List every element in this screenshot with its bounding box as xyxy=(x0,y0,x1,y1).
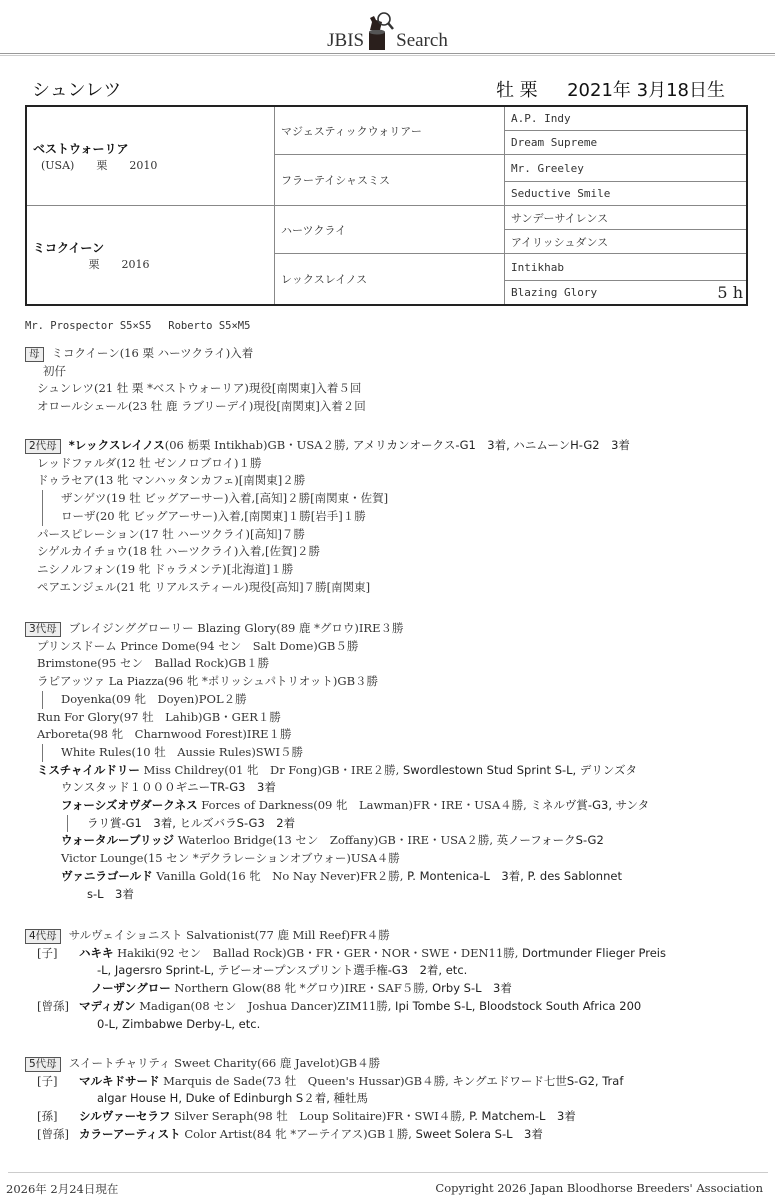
sire-cell: ベストウォーリア (USA) 栗 2010 xyxy=(26,106,275,206)
pedigree-table: ベストウォーリア (USA) 栗 2010 マジェスティックウォリアー A.P.… xyxy=(25,105,748,306)
offspring-entry[interactable]: レッドファルダ(12 牡 ゼンノロブロイ)１勝 xyxy=(25,455,755,473)
grand-offspring-entry-waterloo: ウォータルーブリッジ Waterloo Bridge(13 セン Zoffany… xyxy=(25,832,755,850)
relation-label: [子] xyxy=(25,1073,79,1091)
great-grandparent[interactable]: アイリッシュダンス xyxy=(505,230,748,254)
grand-offspring-entry[interactable]: ローザ(20 牝 ビッグアーサー)入着,[南関東]１勝[岩手]１勝 xyxy=(25,508,755,526)
second-dam-record: (06 栃栗 Intikhab)GB・USA２勝, xyxy=(165,438,349,452)
section-fifth-dam: 5代母スイートチャリティ Sweet Charity(66 鹿 Javelot)… xyxy=(25,1055,755,1144)
horse-stakes: Ipi Tombe S-L, Bloodstock South Africa 2… xyxy=(391,999,641,1013)
horse-record: Hakiki(92 セン Ballad Rock)GB・FR・GER・NOR・S… xyxy=(114,946,519,960)
grand-offspring-entry[interactable]: Doyenka(09 牝 Doyen)POL２勝 xyxy=(25,691,755,709)
fifth-dam-entry[interactable]: スイートチャリティ Sweet Charity(66 鹿 Javelot)GB４… xyxy=(69,1056,380,1070)
relation-label: [子] xyxy=(25,945,79,963)
third-dam-entry[interactable]: ブレイジンググローリー Blazing Glory(89 鹿 *グロウ)IRE３… xyxy=(69,621,404,635)
logo-text-left: JBIS xyxy=(327,30,364,52)
continuation-line: ラリ賞-G1 3着, ヒルズバラS-G3 2着 xyxy=(25,815,755,833)
horse-record: Northern Glow(88 牝 *グロウ)IRE・SAF５勝, xyxy=(171,981,429,995)
fourth-dam-entry[interactable]: サルヴェイショニスト Salvationist(77 鹿 Mill Reef)F… xyxy=(69,928,390,942)
sire-name[interactable]: ベストウォーリア xyxy=(33,140,268,157)
relation-label: [曾孫] xyxy=(25,998,79,1016)
horse-name-bold[interactable]: マルキドサード xyxy=(79,1074,160,1088)
family-number: 5 h xyxy=(717,283,743,302)
horse-name-bold[interactable]: シルヴァーセラフ xyxy=(79,1109,170,1123)
horse-name-bold[interactable]: ノーザングロー xyxy=(91,981,171,995)
horse-name-bold[interactable]: ハキキ xyxy=(79,946,114,960)
horse-magnifier-icon xyxy=(366,10,394,52)
grand-offspring-entry-vanilla: ヴァニラゴールド Vanilla Gold(16 牝 No Nay Never)… xyxy=(25,868,755,886)
horse-record: Miss Childrey(01 牝 Dr Fong)GB・IRE２勝, xyxy=(140,763,399,777)
offspring-entry[interactable]: ペアエンジェル(21 牝 リアルスティール)現役[高知]７勝[南関東] xyxy=(25,579,755,597)
offspring-entry[interactable]: プリンスドーム Prince Dome(94 セン Salt Dome)GB５勝 xyxy=(25,638,755,656)
relation-label: [曾孫] xyxy=(25,1126,79,1144)
inbreeding-cross: Mr. Prospector S5×S5 Roberto S5×M5 xyxy=(25,318,250,333)
offspring-entry[interactable]: シュンレツ(21 牡 栗 *ベストウォーリア)現役[南関東]入着５回 xyxy=(25,380,755,398)
offspring-entry[interactable]: ドゥラセア(13 牝 マンハッタンカフェ)[南関東]２勝 xyxy=(25,472,755,490)
generation-badge: 2代母 xyxy=(25,439,61,454)
horse-sex-color-birthdate: 牡 栗 2021年 3月18日生 xyxy=(496,76,725,102)
horse-record: Waterloo Bridge(13 セン Zoffany)GB・IRE・USA… xyxy=(174,833,493,847)
horse-name-bold[interactable]: ウォータルーブリッジ xyxy=(61,833,174,847)
generation-badge: 5代母 xyxy=(25,1057,61,1072)
dam-details: 栗 2016 xyxy=(33,256,268,272)
horse-header: シュンレツ 牡 栗 2021年 3月18日生 xyxy=(32,76,725,102)
horse-record: Forces of Darkness(09 牝 Lawman)FR・IRE・US… xyxy=(198,798,527,812)
sire-dam[interactable]: フラーテイシャスミス xyxy=(275,155,505,206)
horse-stakes: キングエドワード七世S-G2, Traf xyxy=(449,1074,624,1088)
horse-stakes: P. Matchem-L 3着 xyxy=(465,1109,575,1123)
great-grandparent[interactable]: Seductive Smile xyxy=(505,182,748,206)
generation-badge: 4代母 xyxy=(25,929,61,944)
copyright: Copyright 2026 Japan Bloodhorse Breeders… xyxy=(435,1181,763,1195)
horse-name-bold[interactable]: ヴァニラゴールド xyxy=(61,869,153,883)
horse-record: Marquis de Sade(73 牡 Queen's Hussar)GB４勝… xyxy=(160,1074,449,1088)
offspring-entry[interactable]: Brimstone(95 セン Ballad Rock)GB１勝 xyxy=(25,655,755,673)
offspring-entry[interactable]: オロールシェール(23 牡 鹿 ラブリーデイ)現役[南関東]入着２回 xyxy=(25,398,755,416)
horse-name: シュンレツ xyxy=(32,76,121,102)
horse-record: Vanilla Gold(16 牝 No Nay Never)FR２勝, xyxy=(153,869,404,883)
horse-stakes: P. Montenica-L 3着, P. des Sablonnet xyxy=(403,869,622,883)
dam-sire[interactable]: ハーツクライ xyxy=(275,206,505,254)
horse-name-bold[interactable]: マディガン xyxy=(79,999,136,1013)
generation-badge: 母 xyxy=(25,347,44,362)
generation-badge: 3代母 xyxy=(25,622,61,637)
continuation-line: s-L 3着 xyxy=(25,886,755,904)
great-grandparent[interactable]: Blazing Glory xyxy=(511,286,597,299)
horse-name-bold[interactable]: フォーシズオヴダークネス xyxy=(61,798,198,812)
logo-text-right: Search xyxy=(396,30,448,52)
offspring-entry[interactable]: Run For Glory(97 牡 Lahib)GB・GER１勝 xyxy=(25,709,755,727)
section-fourth-dam: 4代母サルヴェイショニスト Salvationist(77 鹿 Mill Ree… xyxy=(25,927,755,1033)
grand-offspring-entry[interactable]: White Rules(10 牡 Aussie Rules)SWI５勝 xyxy=(25,744,755,762)
great-grandparent[interactable]: A.P. Indy xyxy=(505,106,748,131)
horse-stakes: 英ノーフォークS-G2 xyxy=(493,833,604,847)
relation-label: [孫] xyxy=(25,1108,79,1126)
footer-divider xyxy=(8,1172,768,1173)
offspring-entry[interactable]: Arboreta(98 牝 Charnwood Forest)IRE１勝 xyxy=(25,726,755,744)
horse-stakes: Swordlestown Stud Sprint S-L, デリンズタ xyxy=(399,763,637,777)
jbis-search-logo[interactable]: JBIS Search xyxy=(0,6,775,54)
as-of-date: 2026年 2月24日現在 xyxy=(6,1181,118,1197)
offspring-note: 初仔 xyxy=(25,363,755,381)
great-grandparent[interactable]: サンデーサイレンス xyxy=(505,206,748,230)
horse-name-bold[interactable]: ミスチャイルドリー xyxy=(37,763,140,777)
dam-entry[interactable]: ミコクイーン(16 栗 ハーツクライ)入着 xyxy=(52,346,254,360)
grand-offspring-entry-forces: フォーシズオヴダークネス Forces of Darkness(09 牝 Law… xyxy=(25,797,755,815)
offspring-entry[interactable]: パースピレーション(17 牡 ハーツクライ)[高知]７勝 xyxy=(25,526,755,544)
horse-name-bold[interactable]: カラーアーティスト xyxy=(79,1127,181,1141)
grand-offspring-entry[interactable]: Victor Lounge(15 セン *デクラレーションオブウォー)USA４勝 xyxy=(25,850,755,868)
great-grandparent[interactable]: Mr. Greeley xyxy=(505,155,748,182)
horse-stakes: Orby S-L 3着 xyxy=(428,981,511,995)
continuation-line: ウンスタッド１０００ギニーTR-G3 3着 xyxy=(25,779,755,797)
sire-details: (USA) 栗 2010 xyxy=(33,157,268,173)
horse-stakes: ミネルヴ賞-G3, サンタ xyxy=(527,798,649,812)
offspring-entry-miss-childrey: ミスチャイルドリー Miss Childrey(01 牝 Dr Fong)GB・… xyxy=(25,762,755,780)
offspring-entry[interactable]: ニシノルフォン(19 牝 ドゥラメンテ)[北海道]１勝 xyxy=(25,561,755,579)
horse-stakes: Dortmunder Flieger Preis xyxy=(518,946,666,960)
horse-record: Color Artist(84 牝 *アーテイアス)GB１勝, xyxy=(181,1127,412,1141)
great-grandparent-with-family: Blazing Glory 5 h xyxy=(505,281,748,306)
continuation-line: 0-L, Zimbabwe Derby-L, etc. xyxy=(25,1016,755,1034)
sire-sire[interactable]: マジェスティックウォリアー xyxy=(275,106,505,155)
great-grandparent[interactable]: Dream Supreme xyxy=(505,131,748,155)
continuation-line: -L, Jagersro Sprint-L, テビーオープンスプリント選手権-G… xyxy=(25,962,755,980)
offspring-entry[interactable]: シゲルカイチョウ(18 牡 ハーツクライ)入着,[佐賀]２勝 xyxy=(25,543,755,561)
header-divider xyxy=(0,53,775,56)
section-dam: 母ミコクイーン(16 栗 ハーツクライ)入着 初仔 シュンレツ(21 牡 栗 *… xyxy=(25,345,755,416)
horse-record: Madigan(08 セン Joshua Dancer)ZIM11勝, xyxy=(136,999,392,1013)
section-third-dam: 3代母ブレイジンググローリー Blazing Glory(89 鹿 *グロウ)I… xyxy=(25,620,755,903)
offspring-entry[interactable]: ラピアッツァ La Piazza(96 牝 *ポリッシュパトリオット)GB３勝 xyxy=(25,673,755,691)
section-second-dam: 2代母*レックスレイノス(06 栃栗 Intikhab)GB・USA２勝, アメ… xyxy=(25,437,755,596)
great-grandparent[interactable]: Intikhab xyxy=(505,254,748,281)
continuation-line: algar House H, Duke of Edinburgh S２着, 種牡… xyxy=(25,1090,755,1108)
horse-stakes: Sweet Solera S-L 3着 xyxy=(412,1127,543,1141)
horse-record: Silver Seraph(98 牡 Loup Solitaire)FR・SWI… xyxy=(170,1109,465,1123)
grand-offspring-entry[interactable]: ザンゲツ(19 牡 ビッグアーサー)入着,[高知]２勝[南関東・佐賀] xyxy=(25,490,755,508)
second-dam-stakes: アメリカンオークス-G1 3着, ハニムーンH-G2 3着 xyxy=(349,438,630,452)
dam-name[interactable]: ミコクイーン xyxy=(33,239,268,256)
second-dam-name[interactable]: *レックスレイノス xyxy=(69,438,165,452)
dam-cell: ミコクイーン 栗 2016 xyxy=(26,206,275,306)
dam-dam[interactable]: レックスレイノス xyxy=(275,254,505,306)
